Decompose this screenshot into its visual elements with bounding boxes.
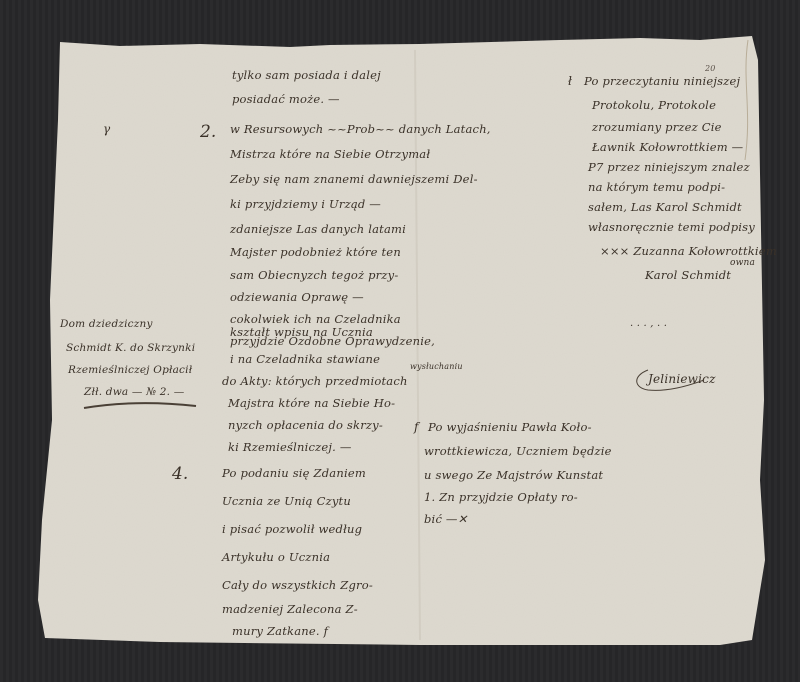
text-line: ki Rzemieślniczej. — xyxy=(228,440,352,454)
text-line: 1. Zn przyjdzie Opłaty ro- xyxy=(424,490,578,504)
text-line: bić —✕ xyxy=(424,512,467,526)
text-line: Cały do wszystkich Zgro- xyxy=(222,578,373,592)
text-line: owna xyxy=(730,258,755,268)
text-line: P7 przez niniejszym znalez xyxy=(588,160,750,174)
signature-schmidt: Karol Schmidt xyxy=(645,268,731,282)
text-line: i pisać pozwolił według xyxy=(222,522,362,536)
text-line: Ucznia ze Unią Czytu xyxy=(222,494,351,508)
text-line: na którym temu podpi- xyxy=(588,180,725,194)
margin-note-line: Rzemieślniczej Opłacił xyxy=(68,364,192,376)
text-line: zdaniejsze Las danych latami xyxy=(230,222,406,236)
ellipsis-dots: . . . , . . xyxy=(630,318,667,329)
text-line: sałem, Las Karol Schmidt xyxy=(588,200,742,214)
text-line: ki przyjdziemy i Urząd — xyxy=(230,197,381,211)
text-line: Zeby się nam znanemi dawniejszemi Del- xyxy=(230,172,478,186)
text-line: Ławnik Kołowrottkiem — xyxy=(592,140,743,154)
page-number: 20 xyxy=(705,64,716,73)
text-line: u swego Ze Majstrów Kunstat xyxy=(424,468,603,482)
underline-flourish xyxy=(80,400,200,412)
note-marker: f xyxy=(414,420,419,434)
interlinear-note: wysłuchaniu xyxy=(410,362,463,371)
text-line: madzeniej Zalecona Z- xyxy=(222,602,358,616)
margin-note-line: Schmidt K. do Skrzynki xyxy=(66,342,195,354)
note-marker: ł xyxy=(568,74,572,88)
margin-note-line: Dom dziedziczny xyxy=(60,318,153,330)
text-line: sam Obiecnyzch tegoż przy- xyxy=(230,268,398,282)
text-line: Po wyjaśnieniu Pawła Koło- xyxy=(428,420,592,434)
text-line: Artykułu o Ucznia xyxy=(222,550,330,564)
text-line: nyzch opłacenia do skrzy- xyxy=(228,418,383,432)
text-line: Po przeczytaniu niniejszej xyxy=(584,74,740,88)
text-line: Mistrza które na Siebie Otrzymał xyxy=(230,147,430,161)
text-line: do Akty: których przedmiotach xyxy=(222,374,408,388)
margin-mark: γ xyxy=(103,122,110,136)
text-line: ××× Zuzanna Kołowrottkiem xyxy=(600,244,777,258)
text-line: w Resursowych ~~Prob~~ danych Latach, xyxy=(230,122,491,136)
section-number: 4. xyxy=(172,464,188,484)
text-line: i na Czeladnika stawiane xyxy=(230,352,380,366)
text-line: zrozumiany przez Cie xyxy=(592,120,722,134)
text-line: tylko sam posiada i dalej xyxy=(232,68,381,82)
text-line: kształt wpisu na Ucznia xyxy=(230,325,373,339)
text-line: Po podaniu się Zdaniem xyxy=(222,466,366,480)
text-line: wrottkiewicza, Uczniem będzie xyxy=(424,444,612,458)
text-line: Majstra które na Siebie Ho- xyxy=(228,396,395,410)
signature-flourish xyxy=(628,366,708,396)
text-line: Majster podobnież które ten xyxy=(230,245,401,259)
text-line: mury Zatkane. f xyxy=(232,624,328,638)
margin-note-line: Złł. dwa — № 2. — xyxy=(84,386,184,398)
section-number: 2. xyxy=(200,122,216,142)
text-line: cokolwiek ich na Czeladnika xyxy=(230,312,401,326)
text-line: własnoręcznie temi podpisy xyxy=(588,220,755,234)
text-line: Protokolu, Protokole xyxy=(592,98,716,112)
text-line: odziewania Oprawę — xyxy=(230,290,364,304)
text-line: posiadać może. — xyxy=(232,92,340,106)
